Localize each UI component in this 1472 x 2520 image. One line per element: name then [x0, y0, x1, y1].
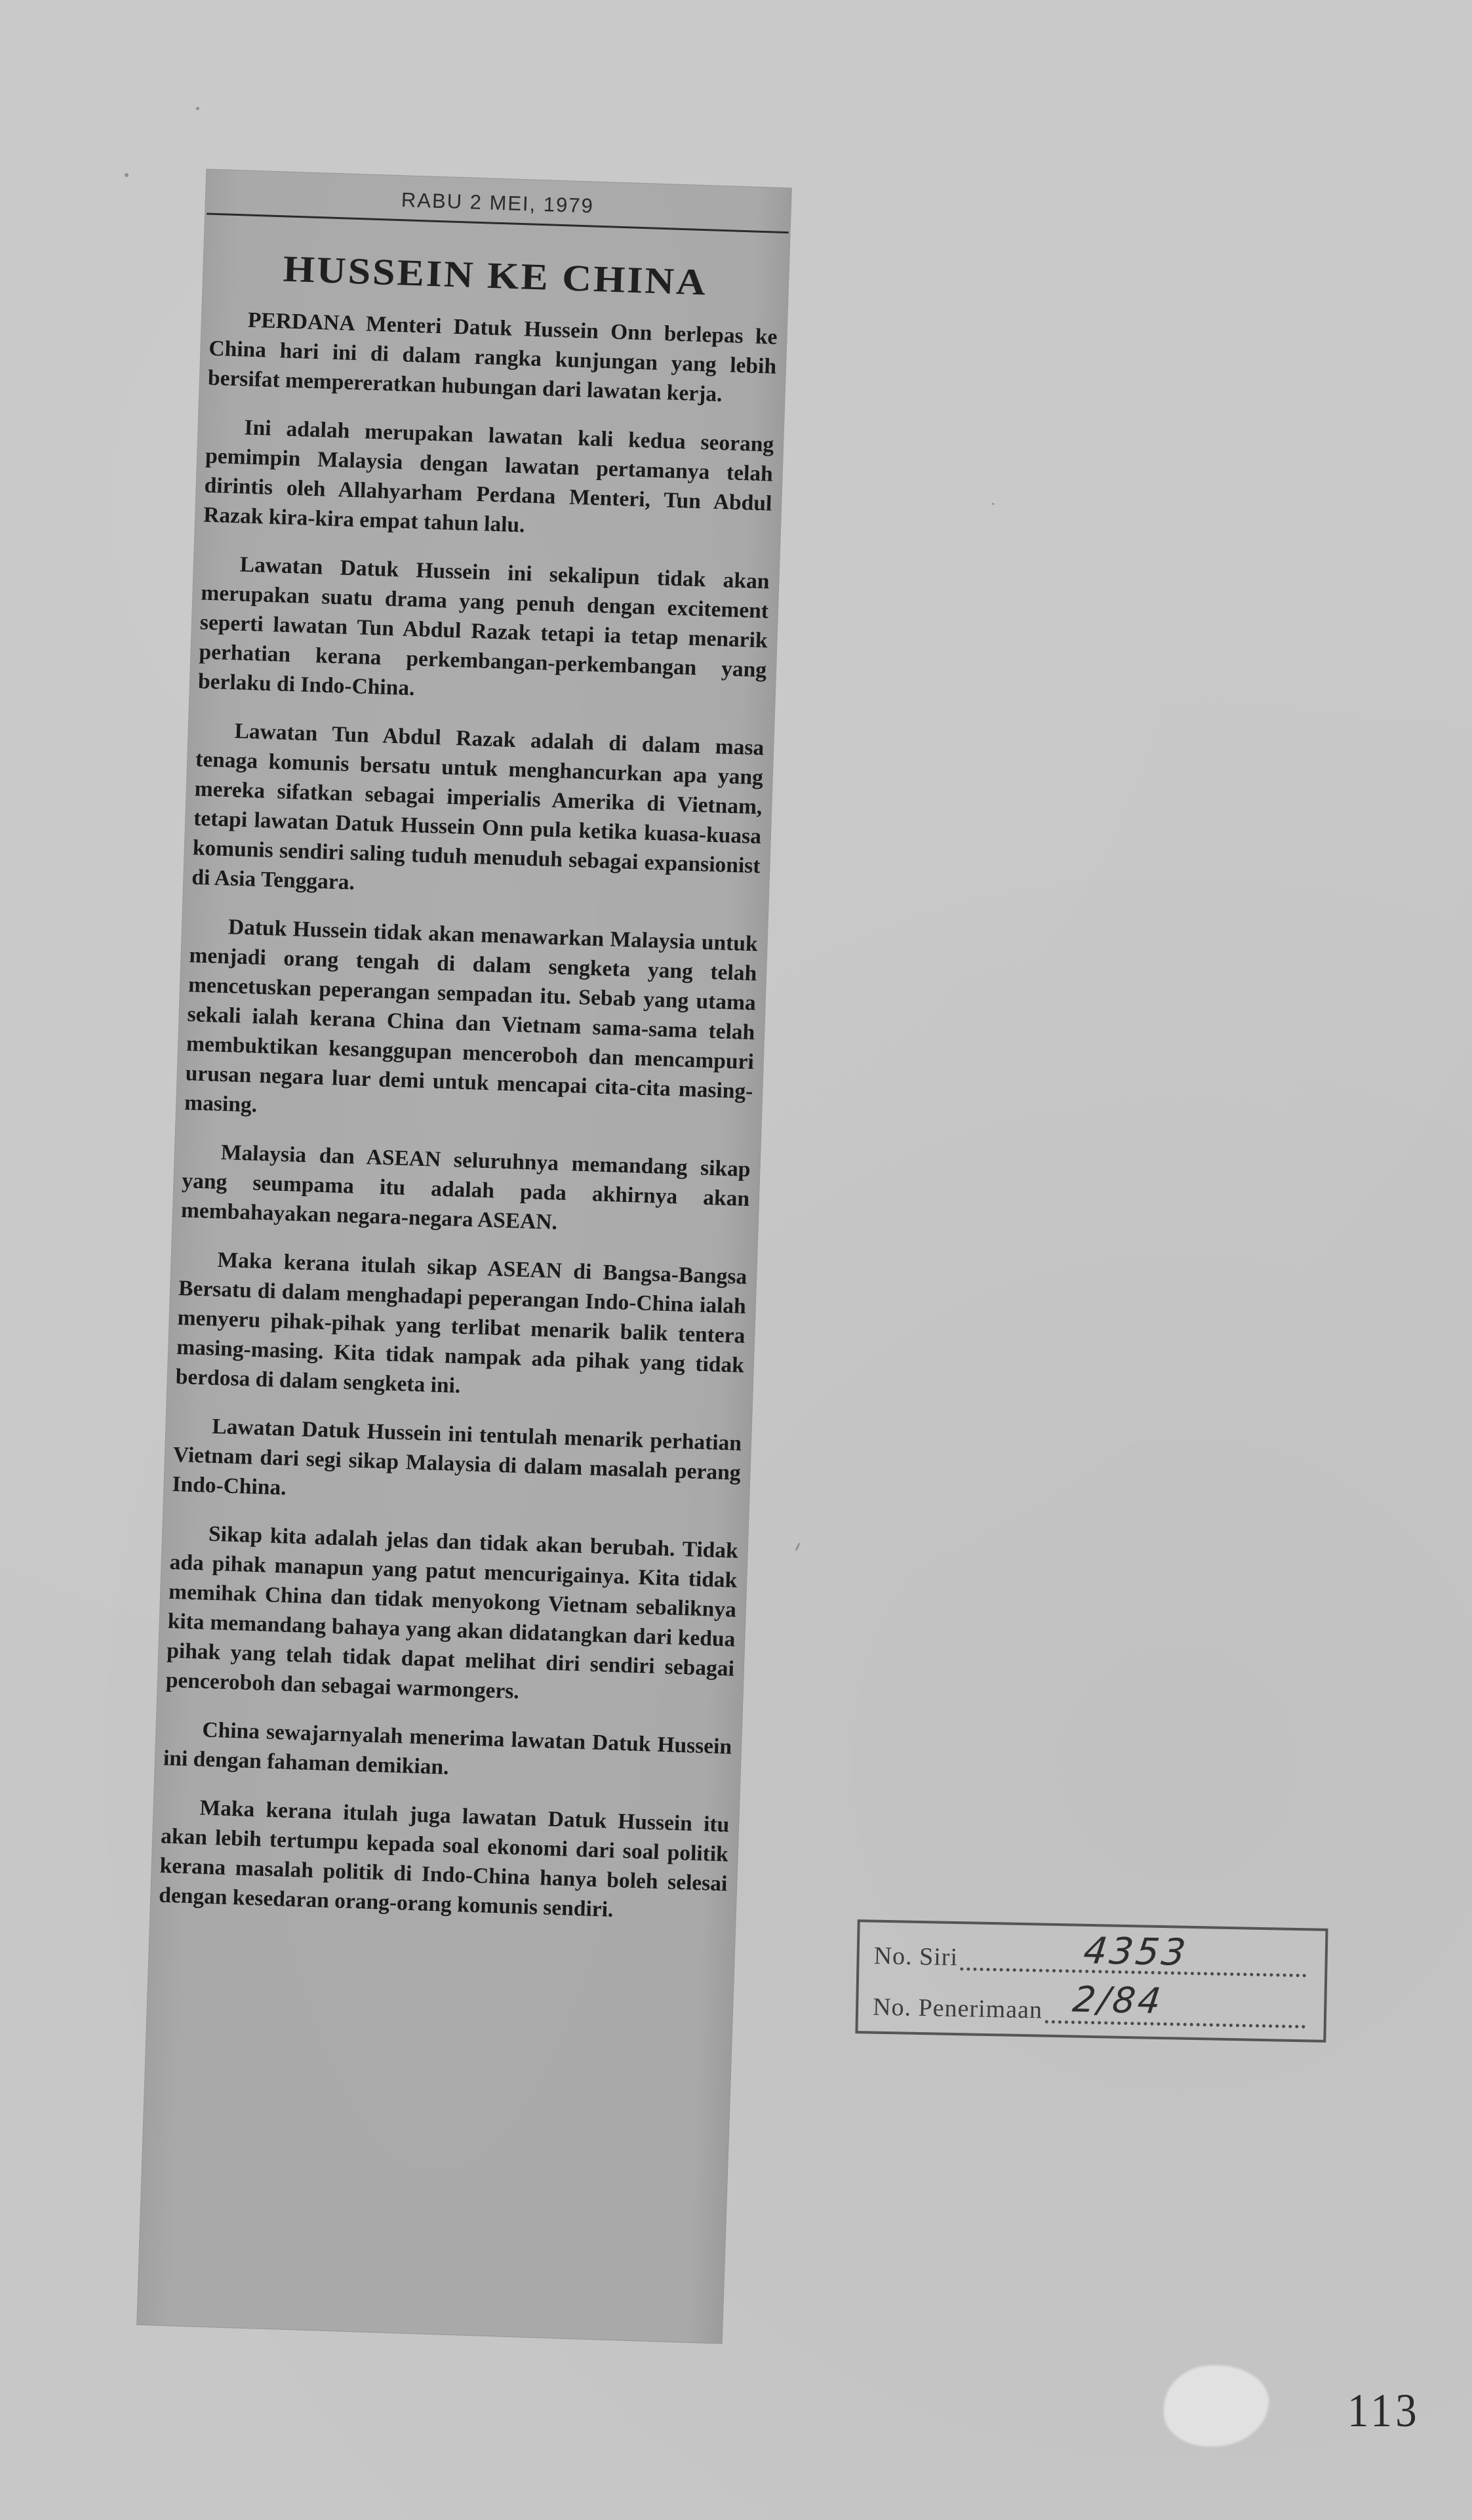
article-paragraph: Datuk Hussein tidak akan menawarkan Mala… — [184, 911, 759, 1136]
accession-stamp: No. Siri 4353 No. Penerimaan 2/84 — [855, 1919, 1328, 2043]
accession-number-label: No. Penerimaan — [873, 1994, 1043, 2024]
article-paragraph: Maka kerana itulah sikap ASEAN di Bangsa… — [175, 1244, 747, 1410]
newspaper-clipping: RABU 2 MEI, 1979 HUSSEIN KE CHINA PERDAN… — [137, 169, 791, 2343]
accession-number-value: 2/84 — [1071, 1982, 1165, 2020]
article-body: PERDANA Menteri Datuk Hussein Onn berlep… — [159, 304, 778, 1929]
serial-number-dotted-line: 4353 — [961, 1941, 1307, 1977]
paper-speck — [196, 107, 199, 110]
page-number: 113 — [1347, 2387, 1420, 2434]
article-paragraph: PERDANA Menteri Datuk Hussein Onn berlep… — [207, 304, 778, 411]
serial-number-value: 4353 — [1082, 1933, 1190, 1972]
article-paragraph: Sikap kita adalah jelas dan tidak akan b… — [165, 1518, 738, 1713]
paper-speck — [795, 1542, 801, 1551]
article-paragraph: Lawatan Datuk Hussein ini tentulah mena­… — [172, 1410, 742, 1517]
serial-number-label: No. Siri — [873, 1943, 958, 1970]
paper-speck — [125, 173, 129, 177]
paper-blemish — [1164, 2365, 1269, 2447]
clipping-date: RABU 2 MEI, 1979 — [213, 170, 782, 229]
article-paragraph: Maka kerana itulah juga lawatan Datuk Hu… — [159, 1792, 730, 1929]
article-paragraph: Lawatan Tun Abdul Razak adalah di dalam … — [191, 715, 765, 910]
accession-number-dotted-line: 2/84 — [1045, 1994, 1306, 2029]
article-paragraph: Malaysia dan ASEAN seluruhnya meman­dang… — [180, 1136, 751, 1243]
paper-speck — [992, 503, 994, 505]
article-paragraph: Lawatan Datuk Hussein ini sekalipun tida… — [197, 549, 770, 715]
article-headline: HUSSEIN KE CHINA — [210, 246, 780, 306]
article-paragraph: China sewajarnyalah menerima lawatan Da­… — [163, 1714, 732, 1791]
serial-number-row: No. Siri 4353 — [873, 1940, 1307, 1978]
accession-number-row: No. Penerimaan 2/84 — [873, 1991, 1306, 2029]
article-paragraph: Ini adalah merupakan lawatan kali kedua … — [203, 412, 774, 548]
